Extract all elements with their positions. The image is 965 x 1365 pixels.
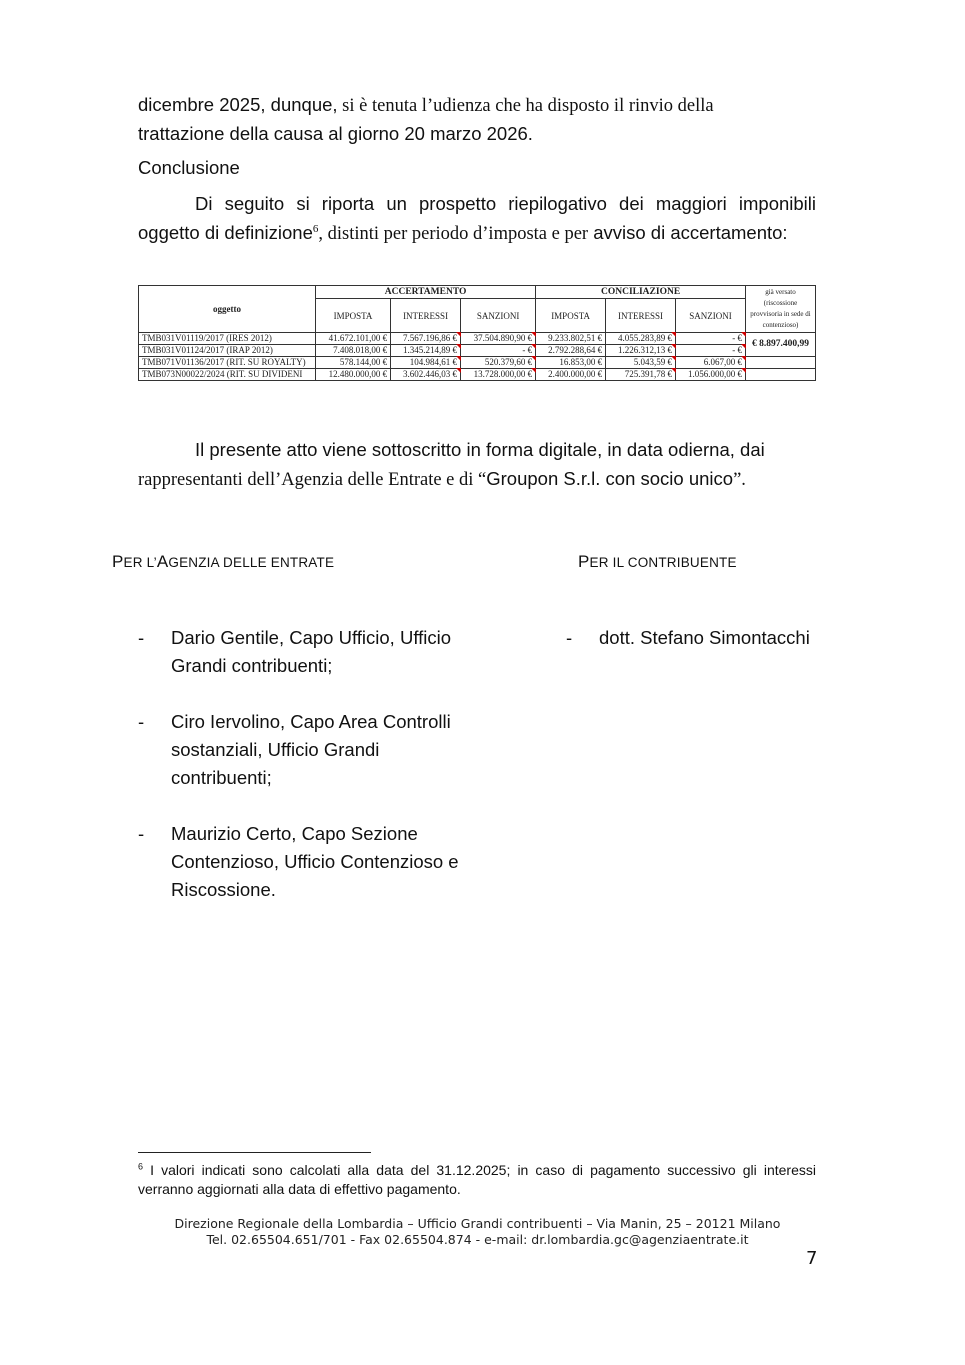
list-item: - Dario Gentile, Capo Ufficio, Ufficio G…	[138, 624, 483, 680]
signatory-name: Ciro Iervolino, Capo Area Controlli sost…	[171, 711, 451, 788]
summary-intro-serif: , distinti per periodo d’imposta e per	[318, 224, 588, 244]
summary-table: oggetto ACCERTAMENTO CONCILIAZIONE già v…	[138, 285, 816, 381]
cell-con-imposta: 2.792.288,64 €	[536, 345, 606, 357]
cell-acc-imposta: 41.672.101,00 €	[316, 333, 391, 345]
signatory-list-contribuente: - dott. Stefano Simontacchi	[566, 624, 826, 680]
cell-con-interessi[interactable]: 5.043,59 €	[606, 357, 676, 369]
cell-con-interessi[interactable]: 4.055.283,89 €	[606, 333, 676, 345]
heading-cap: A	[157, 552, 169, 571]
heading-cap: P	[578, 552, 590, 571]
page-number: 7	[806, 1248, 817, 1269]
col-header-con-interessi: INTERESSI	[606, 299, 676, 333]
dash-bullet: -	[138, 708, 144, 736]
col-header-gia-versato: già versato (riscossione provvisoria in …	[746, 286, 816, 333]
col-header-acc-interessi: INTERESSI	[391, 299, 461, 333]
cell-con-interessi[interactable]: 725.391,78 €	[606, 369, 676, 381]
cell-con-interessi[interactable]: 1.226.312,13 €	[606, 345, 676, 357]
cell-acc-sanzioni[interactable]: - €	[461, 345, 536, 357]
table-row: TMB031V01119/2017 (IRES 2012) 41.672.101…	[139, 333, 816, 345]
cell-con-sanzioni[interactable]: 6.067,00 €	[676, 357, 746, 369]
section-heading-conclusione: Conclusione	[138, 157, 240, 179]
cell-acc-imposta: 7.408.018,00 €	[316, 345, 391, 357]
footer-contacts[interactable]: Tel. 02.65504.651/701 - Fax 02.65504.874…	[160, 1232, 795, 1247]
cell-total-versato: € 8.897.400,99	[746, 333, 816, 357]
group-header-accertamento: ACCERTAMENTO	[316, 286, 536, 299]
col-header-oggetto: oggetto	[139, 286, 316, 333]
signatory-list-agenzia: - Dario Gentile, Capo Ufficio, Ufficio G…	[138, 624, 483, 932]
list-item: - dott. Stefano Simontacchi	[566, 624, 826, 652]
cell-oggetto: TMB073N00022/2024 (RIT. SU DIVIDENI	[139, 369, 316, 381]
signatory-name: Dario Gentile, Capo Ufficio, Ufficio Gra…	[171, 627, 451, 676]
dash-bullet: -	[566, 624, 572, 652]
cell-oggetto: TMB031V01124/2017 (IRAP 2012)	[139, 345, 316, 357]
heading-smallcaps: GENZIA DELLE ENTRATE	[168, 555, 334, 570]
cell-empty	[746, 357, 816, 369]
cell-con-sanzioni[interactable]: 1.056.000,00 €	[676, 369, 746, 381]
footnote-separator	[138, 1152, 371, 1153]
footnote: 6 I valori indicati sono calcolati alla …	[138, 1161, 816, 1199]
signature-intro-serif: rappresentanti dell’Agenzia delle Entrat…	[138, 470, 486, 490]
cell-acc-sanzioni[interactable]: 520.379,60 €	[461, 357, 536, 369]
cell-acc-sanzioni[interactable]: 37.504.890,90 €	[461, 333, 536, 345]
paragraph-hearing: dicembre 2025, dunque, si è tenuta l’udi…	[138, 91, 816, 149]
col-header-con-sanzioni: SANZIONI	[676, 299, 746, 333]
col-header-acc-sanzioni: SANZIONI	[461, 299, 536, 333]
list-item: - Maurizio Certo, Capo Sezione Contenzio…	[138, 820, 483, 904]
footnote-text: I valori indicati sono calcolati alla da…	[138, 1162, 816, 1197]
cell-oggetto: TMB031V01119/2017 (IRES 2012)	[139, 333, 316, 345]
table-row: TMB071V01136/2017 (RIT. SU ROYALTY) 578.…	[139, 357, 816, 369]
dash-bullet: -	[138, 624, 144, 652]
signature-heading-contribuente: PER IL CONTRIBUENTE	[578, 552, 737, 572]
group-header-conciliazione: CONCILIAZIONE	[536, 286, 746, 299]
table-row: TMB031V01124/2017 (IRAP 2012) 7.408.018,…	[139, 345, 816, 357]
paragraph-hearing-end: trattazione della causa al giorno 20 mar…	[138, 123, 533, 144]
cell-acc-interessi[interactable]: 3.602.446,03 €	[391, 369, 461, 381]
col-header-acc-imposta: IMPOSTA	[316, 299, 391, 333]
cell-con-sanzioni[interactable]: - €	[676, 345, 746, 357]
col-header-con-imposta: IMPOSTA	[536, 299, 606, 333]
company-name: Groupon S.r.l. con socio unico	[486, 468, 733, 489]
signature-intro-end: ”.	[733, 470, 746, 490]
cell-acc-interessi[interactable]: 7.567.196,86 €	[391, 333, 461, 345]
paragraph-hearing-mid: si è tenuta l’udienza che ha disposto il…	[338, 96, 714, 116]
paragraph-signature-intro: Il presente atto viene sottoscritto in f…	[138, 436, 816, 494]
list-item: - Ciro Iervolino, Capo Area Controlli so…	[138, 708, 483, 792]
dash-bullet: -	[138, 820, 144, 848]
table-row: TMB073N00022/2024 (RIT. SU DIVIDENI 12.4…	[139, 369, 816, 381]
cell-con-sanzioni[interactable]: - €	[676, 333, 746, 345]
cell-con-imposta: 9.233.802,51 €	[536, 333, 606, 345]
summary-intro-end: avviso di accertamento:	[588, 222, 787, 243]
cell-acc-imposta: 578.144,00 €	[316, 357, 391, 369]
cell-empty	[746, 369, 816, 381]
cell-acc-imposta: 12.480.000,00 €	[316, 369, 391, 381]
paragraph-summary-intro: Di seguito si riporta un prospetto riepi…	[138, 190, 816, 248]
signatory-name: Maurizio Certo, Capo Sezione Contenzioso…	[171, 823, 459, 900]
heading-smallcaps: ER IL CONTRIBUENTE	[590, 555, 737, 570]
cell-oggetto: TMB071V01136/2017 (RIT. SU ROYALTY)	[139, 357, 316, 369]
cell-acc-sanzioni[interactable]: 13.728.000,00 €	[461, 369, 536, 381]
footer-address: Direzione Regionale della Lombardia – Uf…	[160, 1216, 795, 1231]
signature-intro-text: Il presente atto viene sottoscritto in f…	[195, 439, 765, 460]
cell-con-imposta: 2.400.000,00 €	[536, 369, 606, 381]
signatory-name: dott. Stefano Simontacchi	[599, 627, 810, 648]
cell-acc-interessi[interactable]: 104.984,61 €	[391, 357, 461, 369]
signature-heading-agenzia: PER L’AGENZIA DELLE ENTRATE	[112, 552, 334, 572]
heading-smallcaps: ER L’	[124, 555, 157, 570]
heading-cap: P	[112, 552, 124, 571]
cell-acc-interessi[interactable]: 1.345.214,89 €	[391, 345, 461, 357]
cell-con-imposta: 16.853,00 €	[536, 357, 606, 369]
paragraph-hearing-start: dicembre 2025, dunque,	[138, 94, 338, 115]
